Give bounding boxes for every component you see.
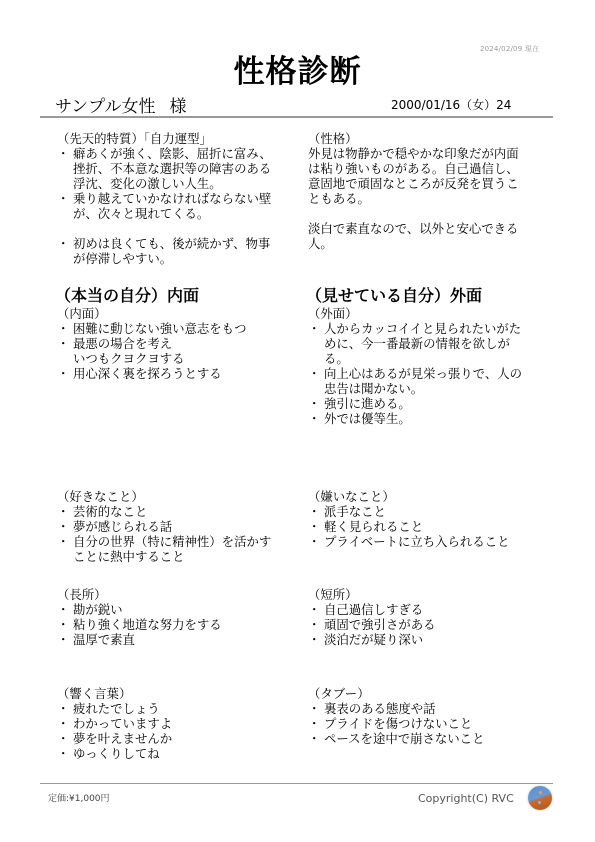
list-item: 用心深く裏を探ろうとする	[57, 366, 287, 381]
list-item: 人からカッコイイと見られたいがために、今一番最新の情報を欲しがる。	[308, 321, 533, 366]
paragraph: 外見は物静かで穏やかな印象だが内面は粘り強いものがある。自己過信し、意固地で頑固…	[308, 146, 523, 206]
list-item: わかっていますよ	[57, 716, 287, 731]
weaknesses-section: （短所） 自己過信しすぎる 頑固で強引さがある 淡泊だが疑り深い	[308, 587, 538, 647]
list-item: 勘が鋭い	[57, 602, 287, 617]
list-item: 派手なこと	[308, 504, 528, 519]
list-item: 外では優等生。	[308, 411, 533, 426]
list-item: 温厚で素直	[57, 632, 287, 647]
list-item: ペースを途中で崩さないこと	[308, 731, 548, 746]
inner-self-heading: （本当の自分）内面	[55, 286, 199, 306]
copyright-text: Copyright(C) RVC	[418, 792, 514, 805]
resonant-words-section: （響く言葉） 疲れたでしょう わかっていますよ 夢を叶えませんか ゆっくりしてね	[57, 686, 287, 761]
list-item: 粘り強く地道な努力をする	[57, 617, 287, 632]
list-item: ゆっくりしてね	[57, 746, 287, 761]
header-divider	[40, 116, 553, 118]
section-label: （響く言葉）	[57, 686, 287, 701]
list-item: 芸術的なこと	[57, 504, 277, 519]
customer-name: サンプル女性様	[55, 92, 186, 117]
list-item: 向上心はあるが見栄っ張りで、人の忠告は聞かない。	[308, 366, 533, 396]
section-label: （先天的特質）「自力運型」	[57, 131, 277, 146]
section-label: （長所）	[57, 587, 287, 602]
list-item: 淡泊だが疑り深い	[308, 632, 538, 647]
list-item: 疲れたでしょう	[57, 701, 287, 716]
yin-yang-logo-icon	[528, 786, 552, 810]
section-label: （内面）	[57, 306, 287, 321]
list-item: 自分の世界（特に精神性）を活かすことに熱中すること	[57, 534, 277, 564]
logo-dot	[539, 791, 542, 794]
list-item: 困難に動じない強い意志をもつ	[57, 321, 287, 336]
outer-self-heading: （見せている自分）外面	[306, 286, 482, 306]
list-item: 癖あくが強く、陰影、屈折に富み、挫折、不本意な選択等の障害のある浮沈、変化の激し…	[57, 146, 277, 191]
section-label: （タブー）	[308, 686, 548, 701]
honorific: 様	[169, 97, 186, 117]
innate-traits-section: （先天的特質）「自力運型」 癖あくが強く、陰影、屈折に富み、挫折、不本意な選択等…	[57, 131, 277, 266]
list-item: プライベートに立ち入られること	[308, 534, 528, 549]
list-item: プライドを傷つけないこと	[308, 716, 548, 731]
likes-section: （好きなこと） 芸術的なこと 夢が感じられる話 自分の世界（特に精神性）を活かす…	[57, 489, 277, 564]
list-item: 乗り越えていかなければならない壁が、次々と現れてくる。	[57, 191, 277, 221]
birth-info: 2000/01/16（女）24	[391, 96, 511, 113]
personality-section: （性格） 外見は物静かで穏やかな印象だが内面は粘り強いものがある。自己過信し、意…	[308, 131, 523, 251]
section-label: （好きなこと）	[57, 489, 277, 504]
section-label: （外面）	[308, 306, 533, 321]
list-item: 夢が感じられる話	[57, 519, 277, 534]
list-item: 自己過信しすぎる	[308, 602, 538, 617]
list-item: 夢を叶えませんか	[57, 731, 287, 746]
price-label: 定価:¥1,000円	[48, 791, 110, 804]
section-label: （嫌いなこと）	[308, 489, 528, 504]
list-item: 強引に進める。	[308, 396, 533, 411]
section-label: （短所）	[308, 587, 538, 602]
inner-self-section: （内面） 困難に動じない強い意志をもつ 最悪の場合を考え いつもクヨクヨする 用…	[57, 306, 287, 381]
list-item: 裏表のある態度や話	[308, 701, 548, 716]
list-item: 頑固で強引さがある	[308, 617, 538, 632]
customer-name-text: サンプル女性	[55, 97, 155, 117]
logo-dot	[538, 801, 541, 804]
list-item: 最悪の場合を考え いつもクヨクヨする	[57, 336, 287, 366]
list-item: 初めは良くても、後が続かず、物事が停滞しやすい。	[57, 236, 277, 266]
list-item: 軽く見られること	[308, 519, 528, 534]
footer-divider	[40, 783, 553, 784]
outer-self-section: （外面） 人からカッコイイと見られたいがために、今一番最新の情報を欲しがる。 向…	[308, 306, 533, 426]
dislikes-section: （嫌いなこと） 派手なこと 軽く見られること プライベートに立ち入られること	[308, 489, 528, 549]
strengths-section: （長所） 勘が鋭い 粘り強く地道な努力をする 温厚で素直	[57, 587, 287, 647]
section-label: （性格）	[308, 131, 523, 146]
paragraph: 淡白で素直なので、以外と安心できる人。	[308, 221, 523, 251]
page-title: 性格診断	[0, 46, 595, 91]
taboo-section: （タブー） 裏表のある態度や話 プライドを傷つけないこと ペースを途中で崩さない…	[308, 686, 548, 746]
